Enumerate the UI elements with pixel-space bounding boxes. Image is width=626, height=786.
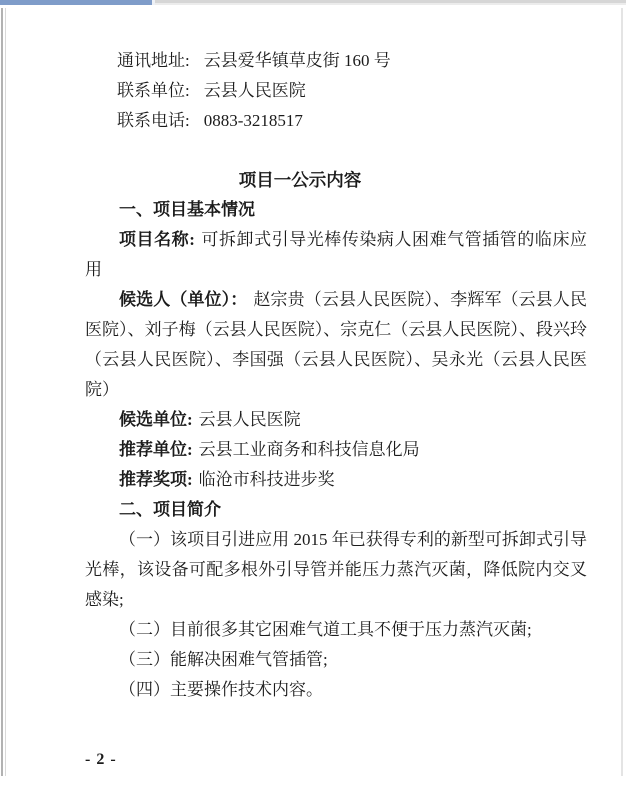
- contact-row-phone: 联系电话:0883-3218517: [85, 106, 587, 136]
- horizontal-scrollbar-thumb[interactable]: [0, 0, 155, 5]
- contact-address-value: 云县爱华镇草皮街 160 号: [204, 51, 391, 70]
- contact-row-address: 通讯地址:云县爱华镇草皮街 160 号: [85, 46, 587, 76]
- document-content: 通讯地址:云县爱华镇草皮街 160 号 联系单位:云县人民医院 联系电话:088…: [85, 46, 587, 705]
- field-candidate-unit-label: 候选单位:: [119, 410, 193, 429]
- contact-phone-label: 联系电话:: [117, 111, 190, 130]
- intro-item-2: （二）目前很多其它困难气道工具不便于压力蒸汽灭菌;: [85, 615, 587, 645]
- page-right-border: [621, 8, 623, 776]
- contact-address-label: 通讯地址:: [117, 51, 190, 70]
- field-project-name-label: 项目名称:: [119, 230, 195, 249]
- field-candidate-unit: 候选单位:云县人民医院: [85, 405, 587, 435]
- horizontal-scrollbar-track[interactable]: [0, 0, 626, 5]
- field-candidates: 候选人（单位）：赵宗贵（云县人民医院）、李辉军（云县人民医院）、刘子梅（云县人民…: [85, 285, 587, 405]
- contact-unit-value: 云县人民医院: [204, 81, 306, 100]
- field-candidates-label: 候选人（单位）：: [119, 290, 247, 309]
- intro-item-3: （三）能解决困难气管插管;: [85, 645, 587, 675]
- field-recommended-award: 推荐奖项:临沧市科技进步奖: [85, 465, 587, 495]
- field-project-name: 项目名称:可拆卸式引导光棒传染病人困难气管插管的临床应用: [85, 225, 587, 285]
- document-heading: 项目一公示内容: [13, 165, 587, 195]
- document-viewer: { "top_bar": { "thumb_color": "#7f9cc9",…: [0, 0, 626, 786]
- field-recommending-unit-value: 云县工业商务和科技信息化局: [199, 440, 420, 459]
- field-recommended-award-label: 推荐奖项:: [119, 470, 193, 489]
- page-left-border: [1, 8, 3, 776]
- contact-row-unit: 联系单位:云县人民医院: [85, 76, 587, 106]
- field-recommended-award-value: 临沧市科技进步奖: [199, 470, 335, 489]
- contact-info-block: 通讯地址:云县爱华镇草皮街 160 号 联系单位:云县人民医院 联系电话:088…: [85, 46, 587, 136]
- field-candidate-unit-value: 云县人民医院: [199, 410, 301, 429]
- section-2-title: 二、项目简介: [85, 495, 587, 525]
- section-1-title: 一、项目基本情况: [85, 195, 587, 225]
- contact-phone-value: 0883-3218517: [204, 111, 303, 130]
- intro-item-1: （一）该项目引进应用 2015 年已获得专利的新型可拆卸式引导光棒，该设备可配多…: [85, 525, 587, 615]
- page-number: - 2 -: [85, 751, 117, 769]
- contact-unit-label: 联系单位:: [117, 81, 190, 100]
- page-left-border-inner: [5, 8, 6, 776]
- intro-item-4: （四）主要操作技术内容。: [85, 675, 587, 705]
- field-recommending-unit: 推荐单位:云县工业商务和科技信息化局: [85, 435, 587, 465]
- field-recommending-unit-label: 推荐单位:: [119, 440, 193, 459]
